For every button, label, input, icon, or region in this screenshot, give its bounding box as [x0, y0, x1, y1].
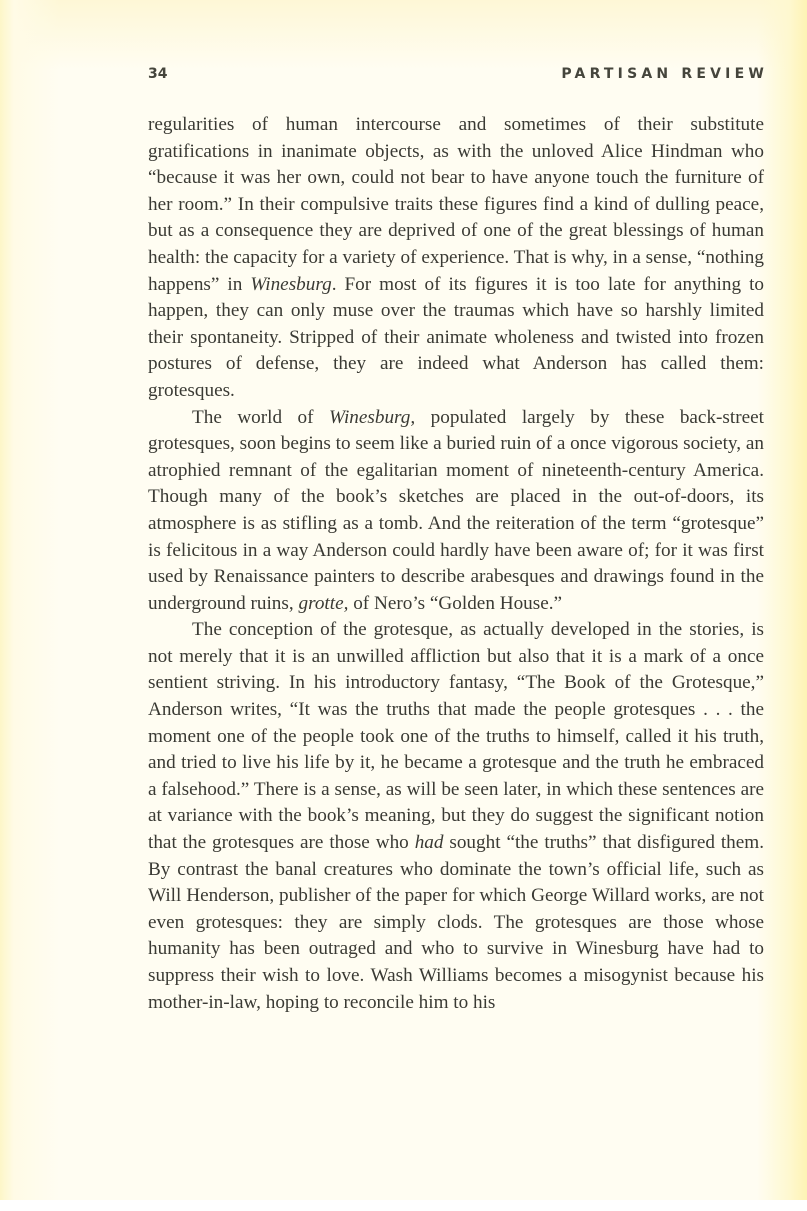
paragraph-3: The conception of the grotesque, as actu… — [148, 617, 764, 1016]
italic-emphasis-had: had — [415, 832, 444, 853]
journal-title: PARTISAN REVIEW — [561, 66, 768, 82]
italic-title-winesburg: Winesburg — [250, 274, 331, 295]
text-segment: regularities of human intercourse and so… — [148, 114, 764, 295]
paragraph-2: The world of Winesburg, populated largel… — [148, 405, 764, 618]
scan-bottom-edge — [0, 1200, 807, 1211]
text-segment: sought “the truths” that disfigured them… — [148, 832, 764, 1013]
page-number: 34 — [148, 66, 167, 82]
article-body: regularities of human intercourse and so… — [148, 112, 764, 1016]
text-segment: populated largely by these back-street g… — [148, 407, 764, 614]
text-segment: The conception of the grotesque, as actu… — [148, 619, 764, 853]
italic-title-winesburg: Winesburg, — [329, 407, 415, 428]
italic-term-grotte: grotte, — [298, 593, 348, 614]
paragraph-1: regularities of human intercourse and so… — [148, 112, 764, 405]
running-head: 34 PARTISAN REVIEW — [148, 66, 764, 86]
text-segment: The world of — [192, 407, 329, 428]
text-segment: of Nero’s “Golden House.” — [348, 593, 562, 614]
